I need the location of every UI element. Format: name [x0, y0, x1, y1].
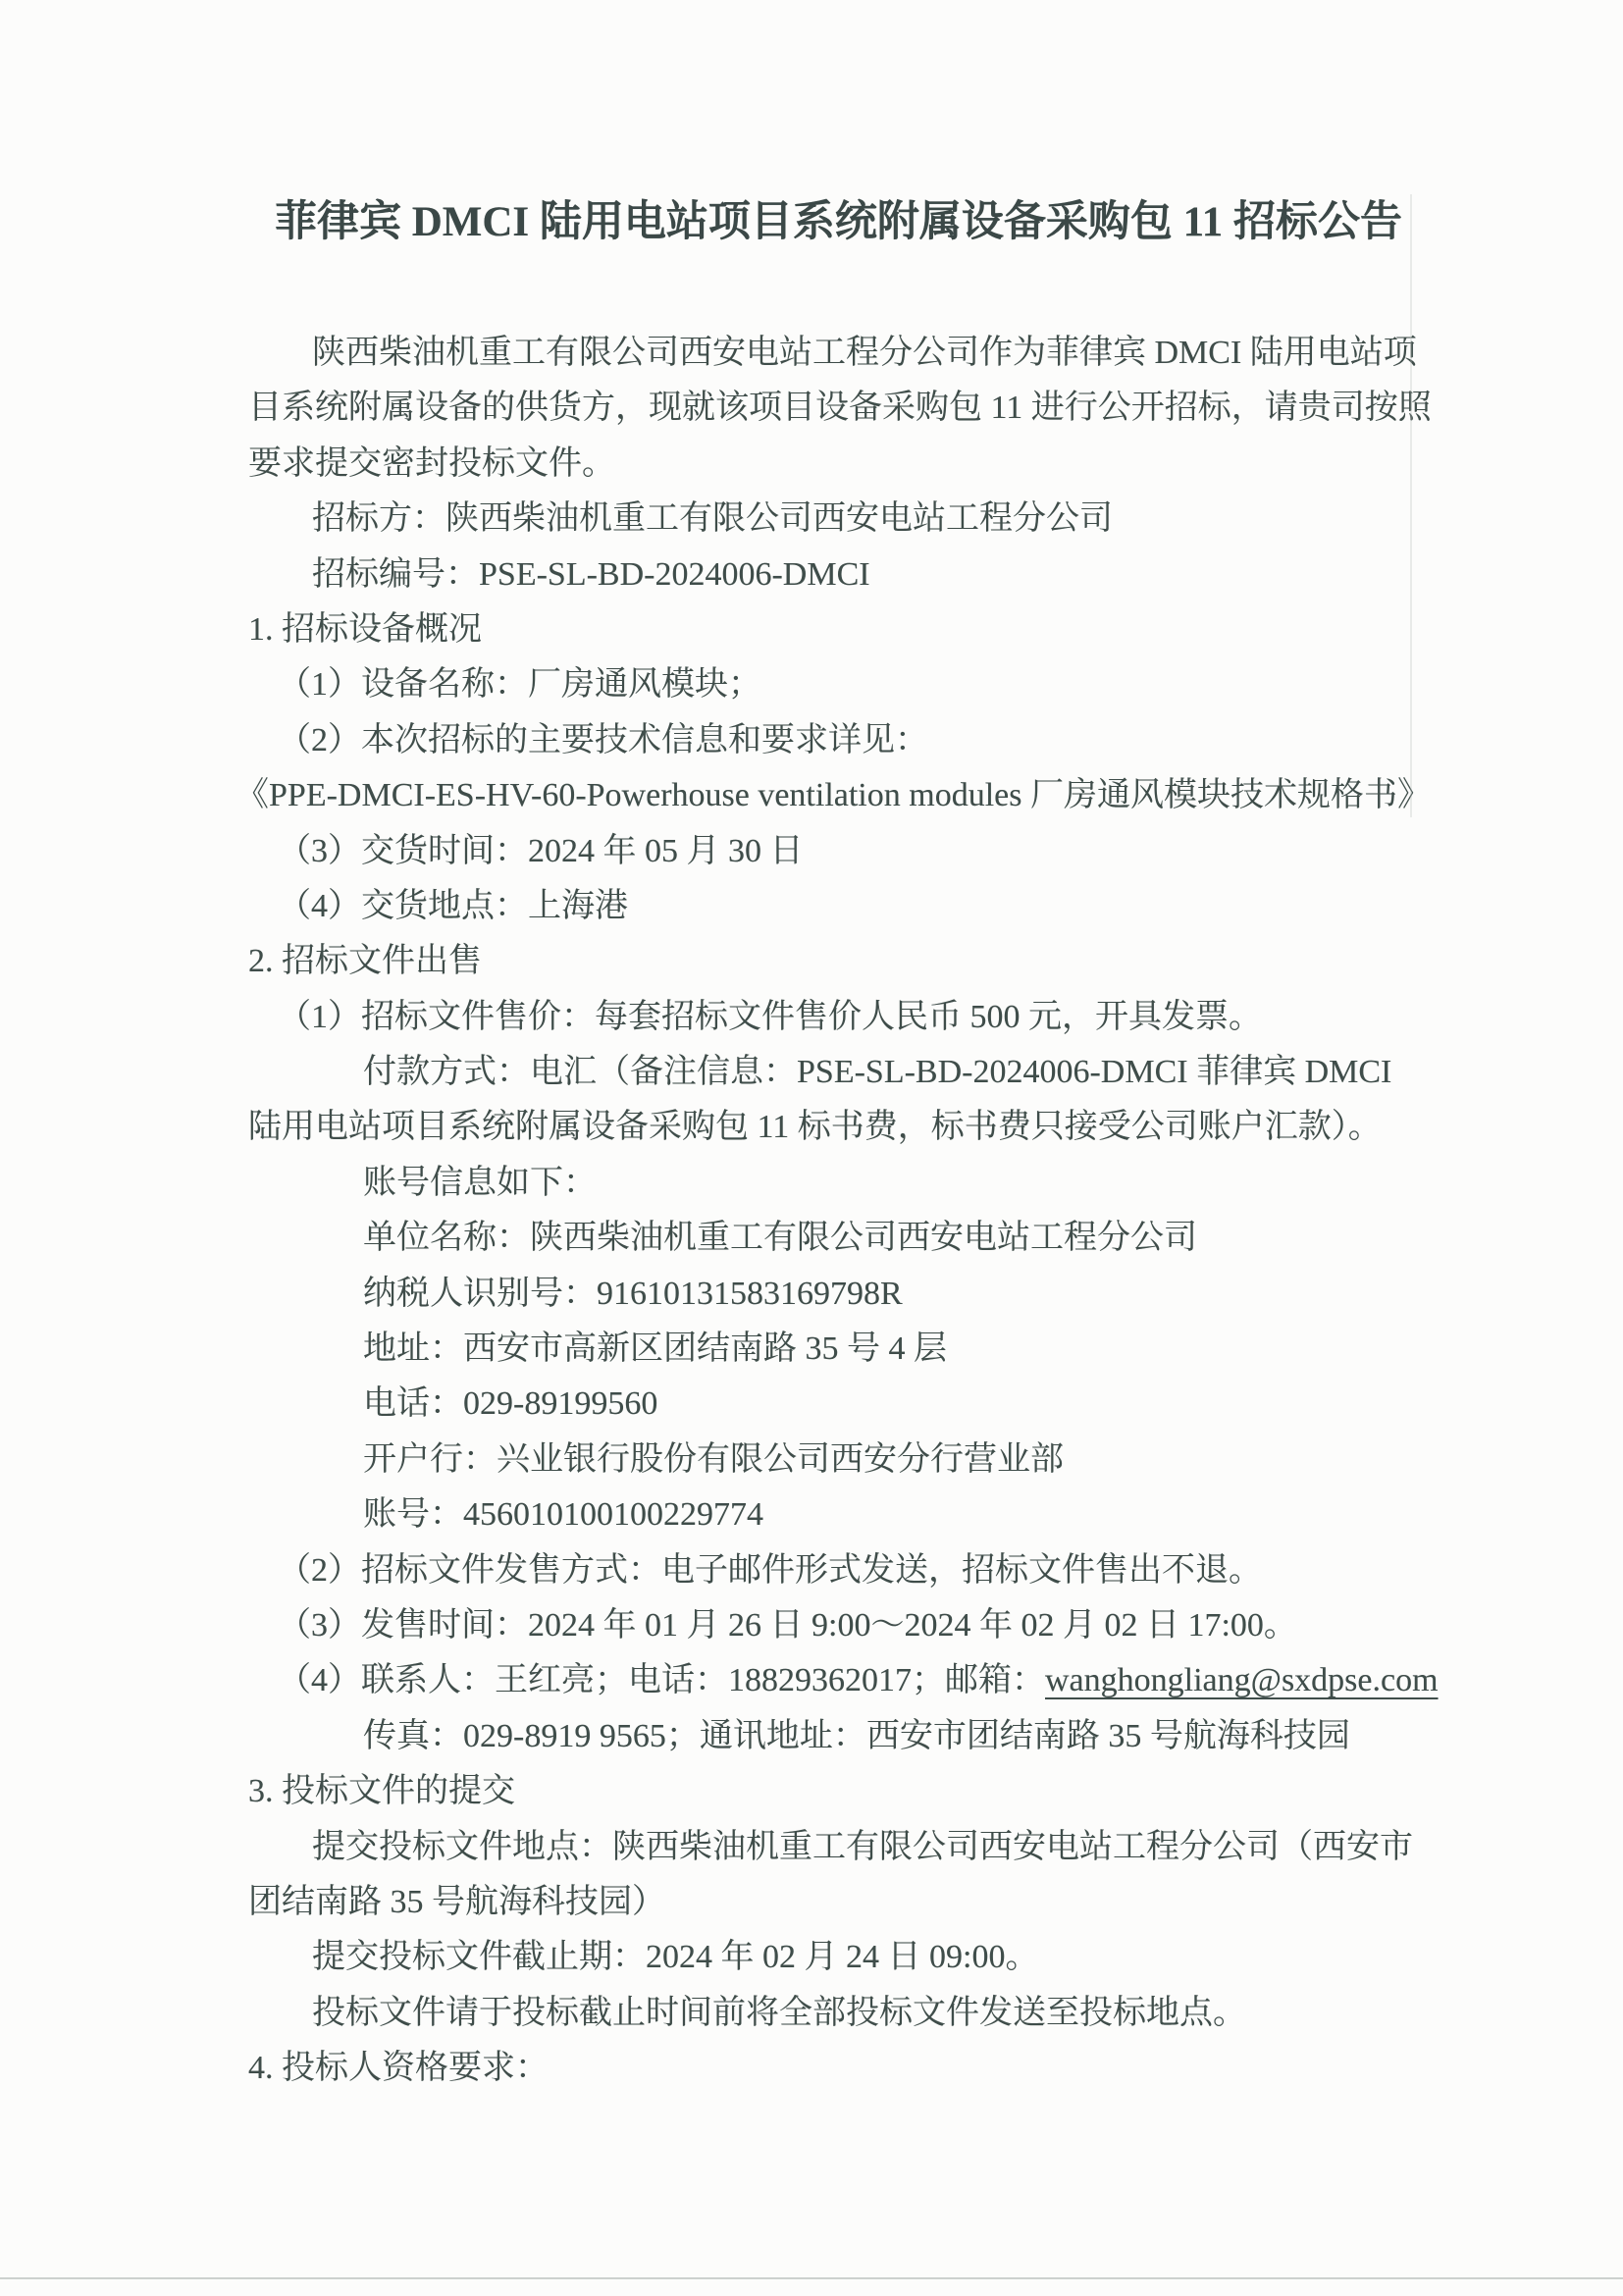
- text-line: （2）本次招标的主要技术信息和要求详见：: [248, 713, 1429, 768]
- text-line-content: （1）招标文件售价：每套招标文件售价人民币 500 元，开具发票。: [278, 999, 1262, 1035]
- text-line-content: 电话：029-89199560: [363, 1385, 657, 1422]
- text-line: 提交投标文件地点：陕西柴油机重工有限公司西安电站工程分公司（西安市: [248, 1820, 1429, 1875]
- text-line-content: 单位名称：陕西柴油机重工有限公司西安电站工程分公司: [363, 1220, 1197, 1256]
- text-line-content: 账号：456010100100229774: [363, 1496, 763, 1533]
- text-line: 《PPE-DMCI-ES-HV-60-Powerhouse ventilatio…: [236, 768, 1429, 823]
- text-line: 4. 投标人资格要求：: [248, 2041, 1429, 2096]
- text-line-content: 陕西柴油机重工有限公司西安电站工程分公司作为菲律宾 DMCI 陆用电站项: [312, 335, 1417, 371]
- scanned-document-page: 菲律宾 DMCI 陆用电站项目系统附属设备采购包 11 招标公告 陕西柴油机重工…: [0, 0, 1623, 2296]
- text-line: 单位名称：陕西柴油机重工有限公司西安电站工程分公司: [248, 1211, 1429, 1266]
- text-line-content: 提交投标文件截止期：2024 年 02 月 24 日 09:00。: [312, 1939, 1038, 1975]
- text-line: 投标文件请于投标截止时间前将全部投标文件发送至投标地点。: [248, 1986, 1429, 2041]
- text-line-content: 3. 投标文件的提交: [248, 1773, 515, 1809]
- text-line: 传真：029-8919 9565；通讯地址：西安市团结南路 35 号航海科技园: [248, 1709, 1429, 1764]
- document-body: 陕西柴油机重工有限公司西安电站工程分公司作为菲律宾 DMCI 陆用电站项目系统附…: [248, 326, 1429, 2097]
- text-line: 开户行：兴业银行股份有限公司西安分行营业部: [248, 1433, 1429, 1487]
- text-line: （4）联系人：王红亮；电话：18829362017；邮箱：wanghonglia…: [248, 1653, 1429, 1708]
- text-line: 陕西柴油机重工有限公司西安电站工程分公司作为菲律宾 DMCI 陆用电站项: [248, 326, 1429, 381]
- text-line: 账号：456010100100229774: [248, 1487, 1429, 1542]
- text-line-content: 提交投标文件地点：陕西柴油机重工有限公司西安电站工程分公司（西安市: [312, 1829, 1413, 1865]
- text-line-content: 1. 招标设备概况: [248, 611, 482, 648]
- text-line-content: 要求提交密封投标文件。: [248, 445, 615, 482]
- text-line: 招标方：陕西柴油机重工有限公司西安电站工程分公司: [248, 492, 1429, 547]
- text-line: 2. 招标文件出售: [248, 934, 1429, 989]
- text-line: （3）交货时间：2024 年 05 月 30 日: [248, 824, 1429, 879]
- text-line-content: 付款方式：电汇（备注信息：PSE-SL-BD-2024006-DMCI 菲律宾 …: [363, 1054, 1391, 1090]
- text-line: 纳税人识别号：91610131583169798R: [248, 1267, 1429, 1322]
- text-line-content: 《PPE-DMCI-ES-HV-60-Powerhouse ventilatio…: [236, 777, 1431, 813]
- document-content: 菲律宾 DMCI 陆用电站项目系统附属设备采购包 11 招标公告 陕西柴油机重工…: [248, 195, 1429, 2097]
- text-line: 电话：029-89199560: [248, 1377, 1429, 1432]
- text-line-content: 投标文件请于投标截止时间前将全部投标文件发送至投标地点。: [312, 1995, 1246, 2031]
- scan-edge-artifact: [0, 2277, 1623, 2279]
- text-line: 3. 投标文件的提交: [248, 1764, 1429, 1819]
- text-line-content: 招标编号：PSE-SL-BD-2024006-DMCI: [312, 556, 870, 593]
- text-line: 目系统附属设备的供货方，现就该项目设备采购包 11 进行公开招标，请贵司按照: [248, 381, 1429, 436]
- page-title: 菲律宾 DMCI 陆用电站项目系统附属设备采购包 11 招标公告: [248, 195, 1429, 250]
- text-line-content: （4）联系人：王红亮；电话：18829362017；邮箱：: [278, 1662, 1045, 1698]
- text-line-content: 目系统附属设备的供货方，现就该项目设备采购包 11 进行公开招标，请贵司按照: [248, 390, 1432, 426]
- text-line-content: 4. 投标人资格要求：: [248, 2050, 549, 2086]
- text-line: （2）招标文件发售方式：电子邮件形式发送，招标文件售出不退。: [248, 1543, 1429, 1598]
- text-line-content: 传真：029-8919 9565；通讯地址：西安市团结南路 35 号航海科技园: [363, 1718, 1350, 1754]
- text-line: 要求提交密封投标文件。: [248, 437, 1429, 492]
- text-line-content: 地址：西安市高新区团结南路 35 号 4 层: [363, 1331, 947, 1367]
- text-line: 账号信息如下：: [248, 1156, 1429, 1211]
- text-line: （1）设备名称：厂房通风模块；: [248, 657, 1429, 712]
- text-line: 付款方式：电汇（备注信息：PSE-SL-BD-2024006-DMCI 菲律宾 …: [248, 1045, 1429, 1100]
- text-line-content: （2）本次招标的主要技术信息和要求详见：: [278, 722, 928, 758]
- text-line-content: （3）发售时间：2024 年 01 月 26 日 9:00～2024 年 02 …: [278, 1607, 1297, 1644]
- scan-streak-artifact: [1410, 194, 1412, 817]
- text-line-content: （3）交货时间：2024 年 05 月 30 日: [278, 833, 804, 869]
- text-line: （4）交货地点：上海港: [248, 879, 1429, 934]
- text-line-content: 陆用电站项目系统附属设备采购包 11 标书费，标书费只接受公司账户汇款）。: [248, 1109, 1382, 1145]
- text-line-content: （2）招标文件发售方式：电子邮件形式发送，招标文件售出不退。: [278, 1552, 1262, 1589]
- text-line: 提交投标文件截止期：2024 年 02 月 24 日 09:00。: [248, 1930, 1429, 1985]
- text-line: 1. 招标设备概况: [248, 602, 1429, 657]
- text-line-content: 招标方：陕西柴油机重工有限公司西安电站工程分公司: [312, 500, 1113, 537]
- text-line: 团结南路 35 号航海科技园）: [248, 1875, 1429, 1930]
- text-line: 招标编号：PSE-SL-BD-2024006-DMCI: [248, 548, 1429, 602]
- text-line: （1）招标文件售价：每套招标文件售价人民币 500 元，开具发票。: [248, 990, 1429, 1045]
- text-line-content: 2. 招标文件出售: [248, 943, 482, 979]
- text-line-content: 团结南路 35 号航海科技园）: [248, 1884, 665, 1920]
- email-link: wanghongliang@sxdpse.com: [1045, 1662, 1439, 1698]
- text-line-content: 账号信息如下：: [363, 1165, 597, 1201]
- text-line: （3）发售时间：2024 年 01 月 26 日 9:00～2024 年 02 …: [248, 1598, 1429, 1653]
- text-line: 地址：西安市高新区团结南路 35 号 4 层: [248, 1322, 1429, 1377]
- text-line: 陆用电站项目系统附属设备采购包 11 标书费，标书费只接受公司账户汇款）。: [248, 1100, 1429, 1155]
- text-line-content: （4）交货地点：上海港: [278, 888, 628, 924]
- text-line-content: 开户行：兴业银行股份有限公司西安分行营业部: [363, 1441, 1064, 1478]
- text-line-content: （1）设备名称：厂房通风模块；: [278, 666, 761, 703]
- text-line-content: 纳税人识别号：91610131583169798R: [363, 1276, 903, 1312]
